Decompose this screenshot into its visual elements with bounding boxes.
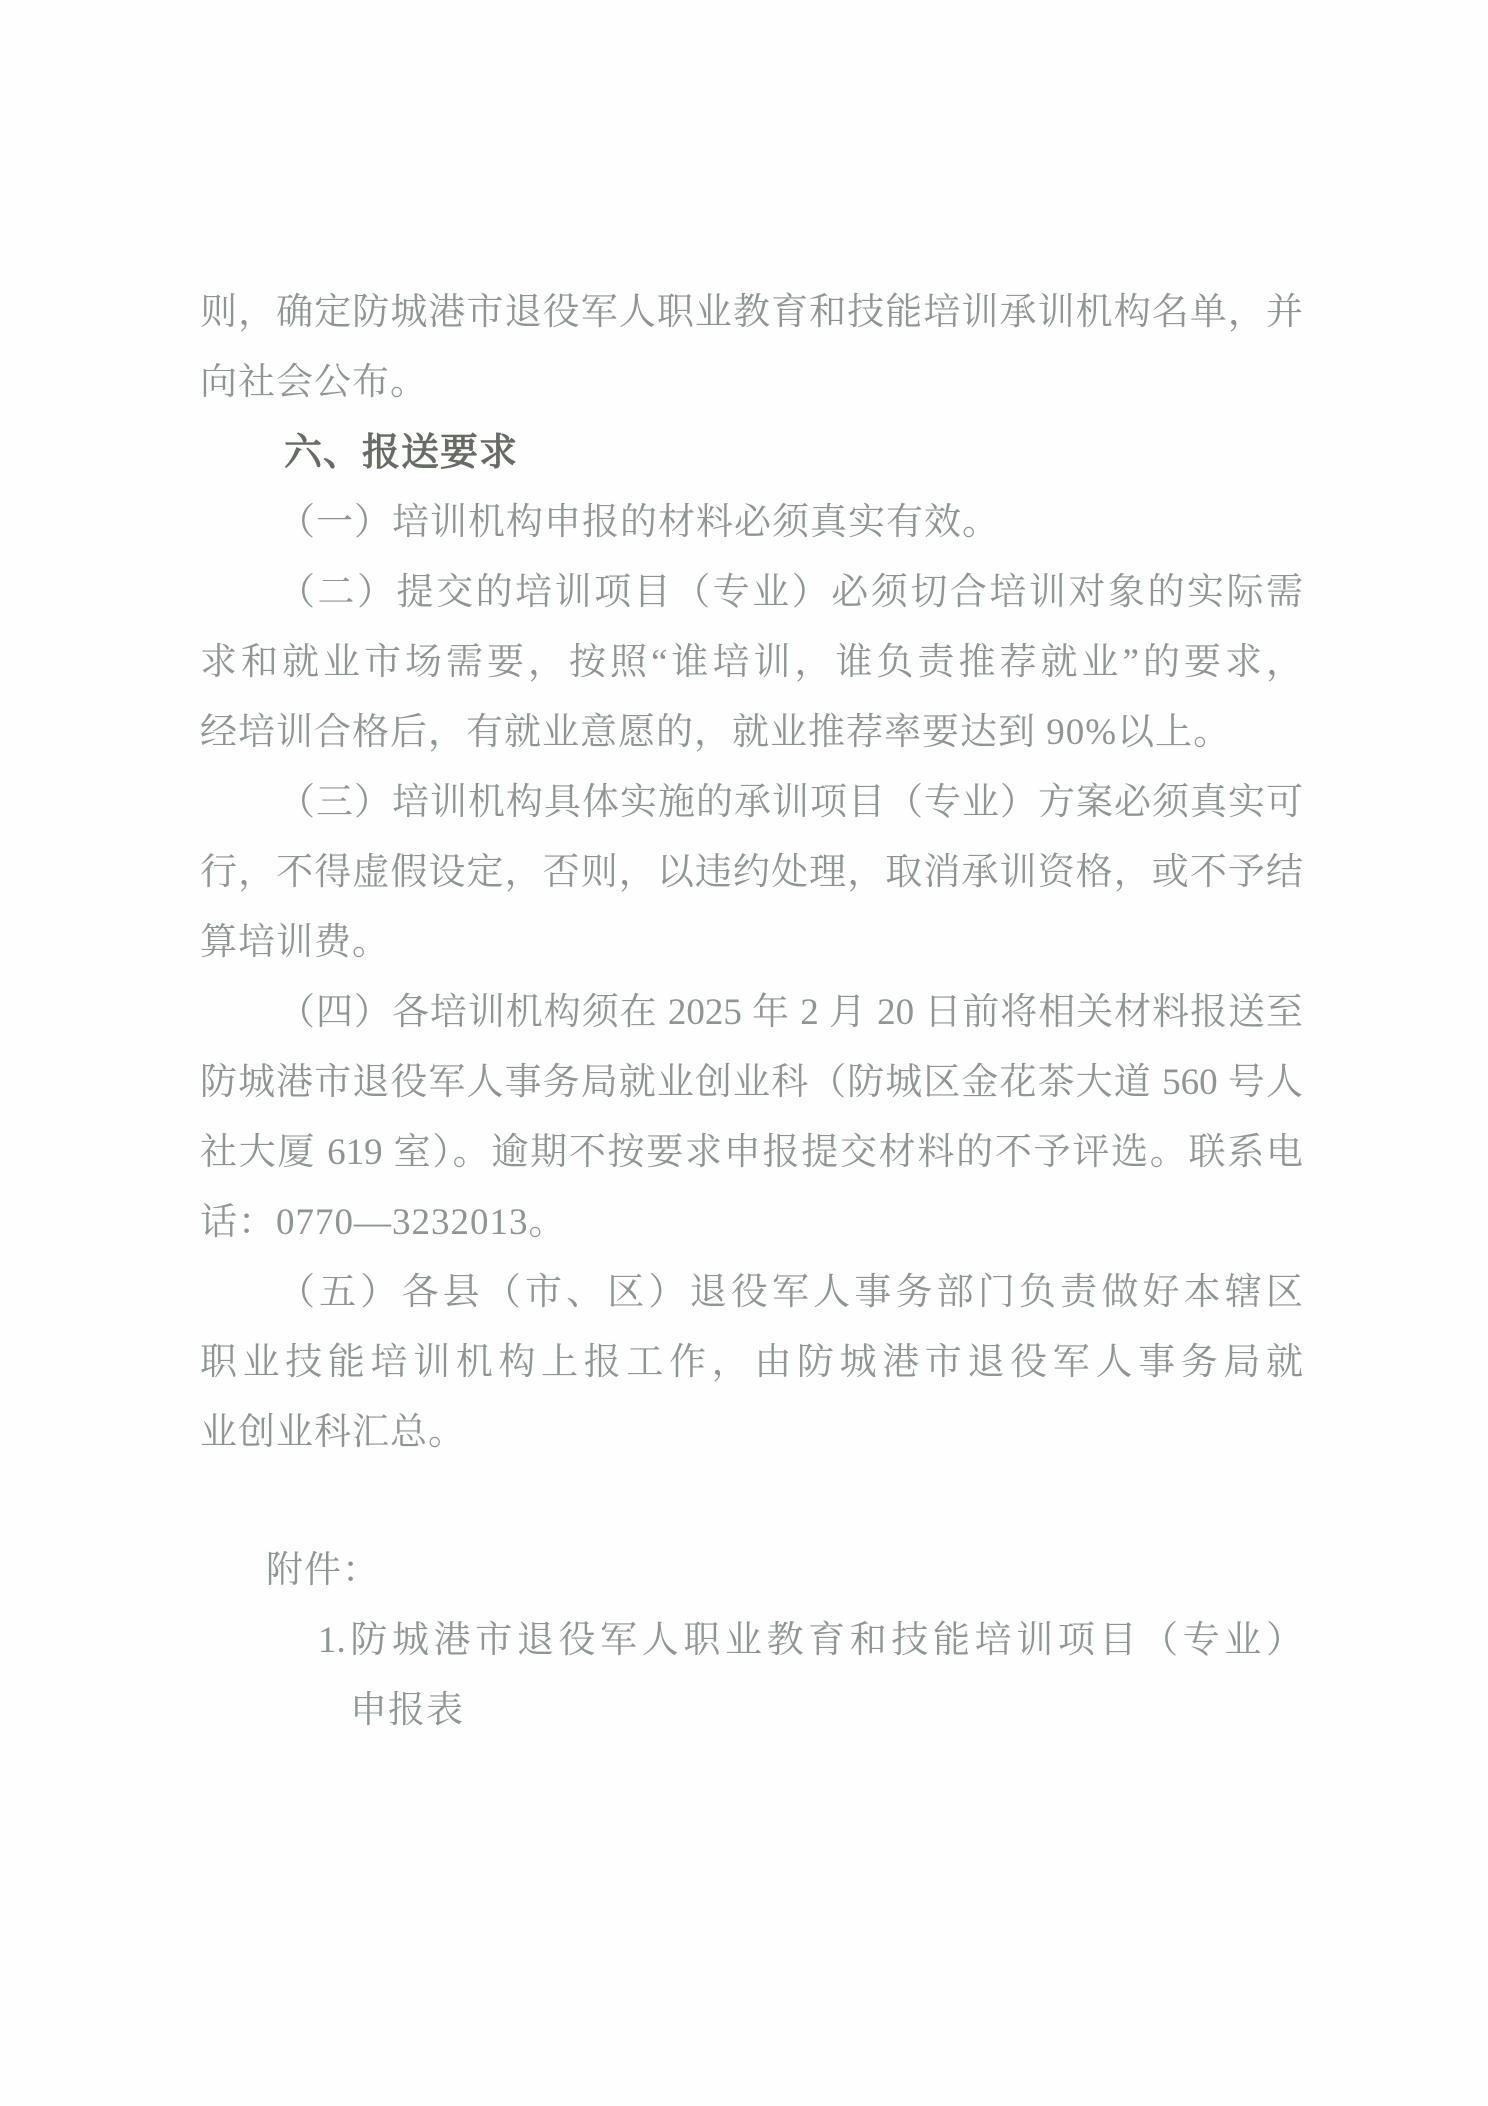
text-line: 社大厦 619 室）。逾期不按要求申报提交材料的不予评选。联系电 xyxy=(200,1118,1303,1188)
scanned-document-page: 则，确定防城港市退役军人职业教育和技能培训承训机构名单，并 向社会公布。 六、报… xyxy=(0,0,1488,2106)
document-body: 则，确定防城港市退役军人职业教育和技能培训承训机构名单，并 向社会公布。 六、报… xyxy=(200,278,1303,1746)
text-line: （一）培训机构申报的材料必须真实有效。 xyxy=(200,488,1303,558)
contact-phone-line: 话：0770—3232013。 xyxy=(200,1188,1303,1258)
section-heading-submission-requirements: 六、报送要求 xyxy=(200,418,1303,488)
text-line: 算培训费。 xyxy=(200,908,1303,978)
text-line: 求和就业市场需要，按照“谁培训，谁负责推荐就业”的要求， xyxy=(200,628,1303,698)
text-line: （四）各培训机构须在 2025 年 2 月 20 日前将相关材料报送至 xyxy=(200,978,1303,1048)
text-line: 防城港市退役军人事务局就业创业科（防城区金花茶大道 560 号人 xyxy=(200,1048,1303,1118)
text-line: 业创业科汇总。 xyxy=(200,1398,1303,1468)
attachment-label: 附件： xyxy=(200,1536,1303,1606)
text-line: 行，不得虚假设定，否则，以违约处理，取消承训资格，或不予结 xyxy=(200,838,1303,908)
attachment-item-continued: 申报表 xyxy=(200,1676,1303,1746)
text-line: 则，确定防城港市退役军人职业教育和技能培训承训机构名单，并 xyxy=(200,278,1303,348)
text-line: 职业技能培训机构上报工作，由防城港市退役军人事务局就 xyxy=(200,1328,1303,1398)
attachment-item: 1.防城港市退役军人职业教育和技能培训项目（专业） xyxy=(200,1606,1303,1676)
text-line: （五）各县（市、区）退役军人事务部门负责做好本辖区 xyxy=(200,1258,1303,1328)
text-line: 向社会公布。 xyxy=(200,348,1303,418)
text-line: （二）提交的培训项目（专业）必须切合培训对象的实际需 xyxy=(200,558,1303,628)
text-line: 经培训合格后，有就业意愿的，就业推荐率要达到 90%以上。 xyxy=(200,698,1303,768)
text-line: （三）培训机构具体实施的承训项目（专业）方案必须真实可 xyxy=(200,768,1303,838)
